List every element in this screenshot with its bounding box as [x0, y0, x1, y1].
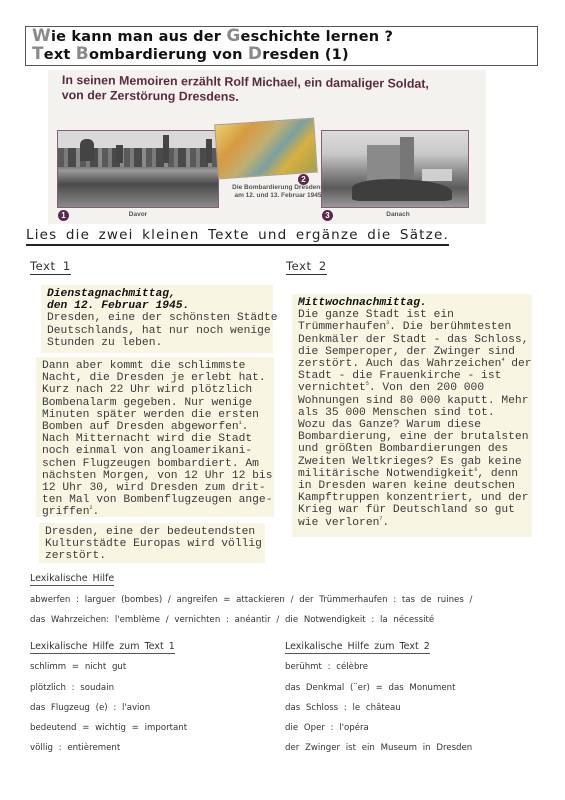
vocab-item: die Oper : l'opéra — [285, 723, 369, 733]
lexical-help-line: abwerfen : larguer (bombes) / angreifen … — [30, 595, 472, 605]
title-line-1: Wie kann man aus der Geschichte lernen ? — [32, 28, 531, 46]
text-1-intro-clipping: Dienstagnachmittag,den 12. Februar 1945.… — [41, 285, 273, 353]
image-number-badge: 3 — [322, 210, 333, 221]
vocab-item: plötzlich : soudain — [30, 683, 114, 693]
text-1-main-clipping: Dann aber kommt die schlimmsteNacht, die… — [36, 357, 274, 517]
image-number-badge: 1 — [58, 210, 69, 221]
photo-dresden-before — [57, 130, 219, 208]
image-caption: Danach — [368, 211, 428, 219]
text-2-clipping: Mittwochnachmittag.Die ganze Stadt ist e… — [292, 294, 532, 537]
vocab-item: das Schloss : le château — [285, 703, 401, 713]
painting-bombing — [214, 118, 318, 180]
image-caption: Die Bombardierung Dresdens am 12. und 13… — [228, 184, 328, 200]
lexical-help-heading: Lexikalische Hilfe — [30, 573, 114, 586]
photo-dresden-after — [321, 130, 469, 208]
text-1-heading: Text 1 — [30, 259, 71, 275]
intro-text: In seinen Memoiren erzählt Rolf Michael,… — [62, 73, 482, 106]
vocab-item: berühmt : célèbre — [285, 662, 368, 672]
lexical-help-line: das Wahrzeichen: l'emblème / vernichten … — [30, 615, 434, 625]
lexical-help-text-2-heading: Lexikalische Hilfe zum Text 2 — [285, 641, 430, 654]
task-instruction: Lies die zwei kleinen Texte und ergänze … — [26, 227, 449, 246]
vocab-item: der Zwinger ist ein Museum in Dresden — [285, 743, 472, 753]
title-line-2: Text Bombardierung von Dresden (1) — [32, 46, 531, 64]
vocab-item: das Flugzeug (e) : l'avion — [30, 703, 150, 713]
text-1-conclusion-clipping: Dresden, eine der bedeutendstenKulturstä… — [39, 523, 265, 563]
worksheet-title: Wie kann man aus der Geschichte lernen ?… — [25, 26, 538, 66]
vocab-item: völlig : entièrement — [30, 743, 120, 753]
vocab-item: schlimm = nicht gut — [30, 662, 126, 672]
textbook-excerpt: In seinen Memoiren erzählt Rolf Michael,… — [48, 70, 486, 224]
lexical-help-text-1-heading: Lexikalische Hilfe zum Text 1 — [30, 641, 175, 654]
vocab-item: bedeutend = wichtig = important — [30, 723, 187, 733]
text-2-heading: Text 2 — [286, 259, 327, 275]
vocab-item: das Denkmal (¨er) = das Monument — [285, 683, 455, 693]
image-caption: Davor — [108, 211, 168, 219]
